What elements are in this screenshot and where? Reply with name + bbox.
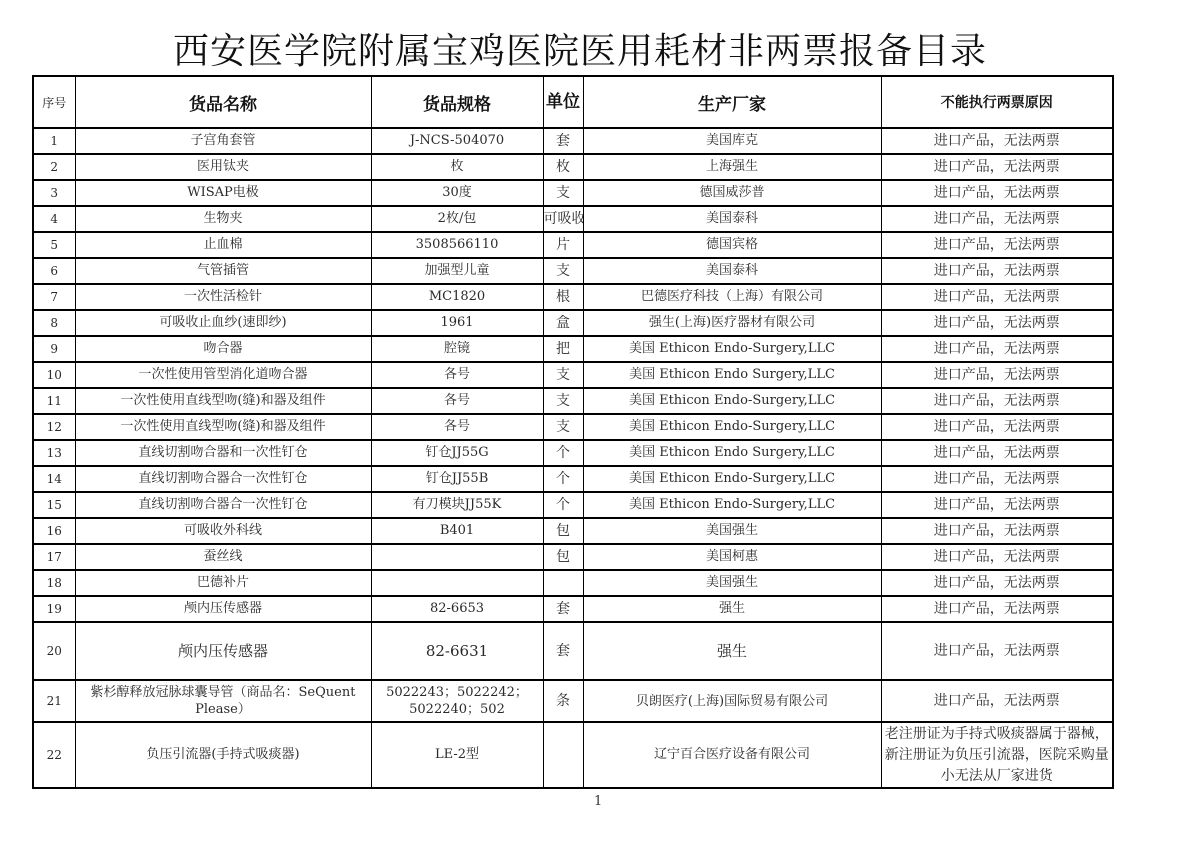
cell-index: 14: [33, 466, 75, 492]
cell-index: 18: [33, 570, 75, 596]
page-number: 1: [594, 794, 602, 809]
cell-index: 6: [33, 258, 75, 284]
table-row: 11一次性使用直线型吻(缝)和器及组件各号支美国 Ethicon Endo-Su…: [33, 388, 1113, 414]
cell-spec: 各号: [371, 388, 543, 414]
cell-index: 19: [33, 596, 75, 622]
cell-reason: 进口产品，无法两票: [881, 388, 1113, 414]
consumables-catalog-table: 序号 货品名称 货品规格 单位 生产厂家 不能执行两票原因 1子宫角套管J-NC…: [32, 75, 1114, 789]
table-row: 14直线切割吻合器合一次性钉仓钉仓JJ55B个美国 Ethicon Endo-S…: [33, 466, 1113, 492]
cell-index: 8: [33, 310, 75, 336]
cell-reason: 进口产品，无法两票: [881, 180, 1113, 206]
cell-spec: 5022243；5022242；5022240；502: [371, 680, 543, 722]
cell-name: WISAP电极: [75, 180, 371, 206]
cell-manufacturer: 美国 Ethicon Endo-Surgery,LLC: [583, 388, 881, 414]
cell-index: 22: [33, 722, 75, 788]
cell-unit: 支: [543, 258, 583, 284]
cell-name: 吻合器: [75, 336, 371, 362]
cell-spec: 钉仓JJ55G: [371, 440, 543, 466]
column-header-index: 序号: [33, 76, 75, 128]
cell-spec: 有刀模块JJ55K: [371, 492, 543, 518]
cell-unit: 枚: [543, 154, 583, 180]
cell-unit: [543, 570, 583, 596]
cell-unit: 个: [543, 492, 583, 518]
cell-index: 15: [33, 492, 75, 518]
cell-manufacturer: 贝朗医疗(上海)国际贸易有限公司: [583, 680, 881, 722]
cell-index: 4: [33, 206, 75, 232]
cell-spec: 各号: [371, 414, 543, 440]
cell-unit: 包: [543, 518, 583, 544]
cell-reason: 进口产品，无法两票: [881, 154, 1113, 180]
column-header-reason: 不能执行两票原因: [881, 76, 1113, 128]
cell-manufacturer: 美国柯惠: [583, 544, 881, 570]
table-row: 8可吸收止血纱(速即纱)1961盒强生(上海)医疗器材有限公司进口产品，无法两票: [33, 310, 1113, 336]
cell-manufacturer: 美国 Ethicon Endo-Surgery,LLC: [583, 466, 881, 492]
cell-spec: LE-2型: [371, 722, 543, 788]
cell-manufacturer: 美国泰科: [583, 258, 881, 284]
cell-reason: 进口产品，无法两票: [881, 570, 1113, 596]
cell-name: 直线切割吻合器合一次性钉仓: [75, 466, 371, 492]
cell-reason: 进口产品，无法两票: [881, 492, 1113, 518]
table-row: 2医用钛夹枚枚上海强生进口产品，无法两票: [33, 154, 1113, 180]
cell-spec: J-NCS-504070: [371, 128, 543, 154]
column-header-name: 货品名称: [75, 76, 371, 128]
cell-unit: 片: [543, 232, 583, 258]
cell-reason: 进口产品，无法两票: [881, 232, 1113, 258]
cell-manufacturer: 强生: [583, 622, 881, 680]
cell-manufacturer: 美国 Ethicon Endo-Surgery,LLC: [583, 336, 881, 362]
cell-unit: 套: [543, 128, 583, 154]
cell-name: 止血棉: [75, 232, 371, 258]
cell-name: 气管插管: [75, 258, 371, 284]
cell-reason: 进口产品，无法两票: [881, 414, 1113, 440]
cell-reason: 进口产品，无法两票: [881, 284, 1113, 310]
cell-unit: 盒: [543, 310, 583, 336]
cell-unit: 个: [543, 440, 583, 466]
cell-name: 负压引流器(手持式吸痰器): [75, 722, 371, 788]
table-body: 1子宫角套管J-NCS-504070套美国库克进口产品，无法两票2医用钛夹枚枚上…: [33, 128, 1113, 788]
table-row: 22负压引流器(手持式吸痰器)LE-2型辽宁百合医疗设备有限公司老注册证为手持式…: [33, 722, 1113, 788]
cell-unit: 套: [543, 596, 583, 622]
cell-reason: 进口产品，无法两票: [881, 440, 1113, 466]
cell-name: 生物夹: [75, 206, 371, 232]
cell-manufacturer: 美国库克: [583, 128, 881, 154]
cell-manufacturer: 上海强生: [583, 154, 881, 180]
table-row: 18巴德补片美国强生进口产品，无法两票: [33, 570, 1113, 596]
cell-index: 5: [33, 232, 75, 258]
table-row: 15直线切割吻合器合一次性钉仓有刀模块JJ55K个美国 Ethicon Endo…: [33, 492, 1113, 518]
cell-spec: B401: [371, 518, 543, 544]
cell-index: 17: [33, 544, 75, 570]
cell-unit: 把: [543, 336, 583, 362]
cell-name: 可吸收外科线: [75, 518, 371, 544]
cell-unit: 可吸收: [543, 206, 583, 232]
column-header-unit: 单位: [543, 76, 583, 128]
table-row: 5止血棉3508566110片德国宾格进口产品，无法两票: [33, 232, 1113, 258]
table-row: 4生物夹2枚/包可吸收美国泰科进口产品，无法两票: [33, 206, 1113, 232]
cell-spec: 3508566110: [371, 232, 543, 258]
table-row: 19颅内压传感器82-6653套强生进口产品，无法两票: [33, 596, 1113, 622]
cell-name: 一次性使用管型消化道吻合器: [75, 362, 371, 388]
cell-spec: MC1820: [371, 284, 543, 310]
cell-name: 巴德补片: [75, 570, 371, 596]
table-row: 9吻合器腔镜把美国 Ethicon Endo-Surgery,LLC进口产品，无…: [33, 336, 1113, 362]
cell-unit: 个: [543, 466, 583, 492]
cell-name: 直线切割吻合器合一次性钉仓: [75, 492, 371, 518]
cell-reason: 进口产品，无法两票: [881, 206, 1113, 232]
cell-manufacturer: 美国强生: [583, 570, 881, 596]
cell-index: 3: [33, 180, 75, 206]
cell-spec: 加强型儿童: [371, 258, 543, 284]
cell-unit: 根: [543, 284, 583, 310]
cell-spec: 30度: [371, 180, 543, 206]
cell-manufacturer: 美国 Ethicon Endo Surgery,LLC: [583, 362, 881, 388]
cell-index: 12: [33, 414, 75, 440]
cell-index: 1: [33, 128, 75, 154]
cell-name: 可吸收止血纱(速即纱): [75, 310, 371, 336]
cell-name: 蚕丝线: [75, 544, 371, 570]
cell-spec: [371, 544, 543, 570]
cell-unit: 支: [543, 180, 583, 206]
cell-manufacturer: 美国 Ethicon Endo-Surgery,LLC: [583, 414, 881, 440]
cell-name: 颅内压传感器: [75, 622, 371, 680]
cell-name: 一次性活检针: [75, 284, 371, 310]
cell-spec: 2枚/包: [371, 206, 543, 232]
cell-unit: 包: [543, 544, 583, 570]
cell-name: 直线切割吻合器和一次性钉仓: [75, 440, 371, 466]
cell-index: 9: [33, 336, 75, 362]
document-title: 西安医学院附属宝鸡医院医用耗材非两票报备目录: [0, 30, 1160, 74]
cell-reason: 进口产品，无法两票: [881, 596, 1113, 622]
cell-name: 子宫角套管: [75, 128, 371, 154]
cell-manufacturer: 美国 Ethicon Endo Surgery,LLC: [583, 440, 881, 466]
cell-reason: 老注册证为手持式吸痰器属于器械，新注册证为负压引流器，医院采购量小无法从厂家进货: [881, 722, 1113, 788]
cell-reason: 进口产品，无法两票: [881, 518, 1113, 544]
table-row: 17蚕丝线包美国柯惠进口产品，无法两票: [33, 544, 1113, 570]
cell-index: 7: [33, 284, 75, 310]
cell-reason: 进口产品，无法两票: [881, 336, 1113, 362]
column-header-spec: 货品规格: [371, 76, 543, 128]
cell-reason: 进口产品，无法两票: [881, 466, 1113, 492]
cell-spec: 82-6631: [371, 622, 543, 680]
cell-unit: 套: [543, 622, 583, 680]
table-row: 6气管插管加强型儿童支美国泰科进口产品，无法两票: [33, 258, 1113, 284]
cell-reason: 进口产品，无法两票: [881, 544, 1113, 570]
cell-spec: 腔镜: [371, 336, 543, 362]
cell-spec: 82-6653: [371, 596, 543, 622]
table-row: 21紫杉醇释放冠脉球囊导管（商品名：SeQuent Please）5022243…: [33, 680, 1113, 722]
table-row: 13直线切割吻合器和一次性钉仓钉仓JJ55G个美国 Ethicon Endo S…: [33, 440, 1113, 466]
cell-spec: 1961: [371, 310, 543, 336]
cell-index: 21: [33, 680, 75, 722]
cell-index: 10: [33, 362, 75, 388]
cell-manufacturer: 美国强生: [583, 518, 881, 544]
cell-index: 20: [33, 622, 75, 680]
column-header-manufacturer: 生产厂家: [583, 76, 881, 128]
cell-spec: 各号: [371, 362, 543, 388]
cell-reason: 进口产品，无法两票: [881, 128, 1113, 154]
cell-name: 颅内压传感器: [75, 596, 371, 622]
cell-reason: 进口产品，无法两票: [881, 362, 1113, 388]
cell-spec: 钉仓JJ55B: [371, 466, 543, 492]
cell-reason: 进口产品，无法两票: [881, 310, 1113, 336]
cell-manufacturer: 美国 Ethicon Endo-Surgery,LLC: [583, 492, 881, 518]
cell-index: 2: [33, 154, 75, 180]
table-row: 1子宫角套管J-NCS-504070套美国库克进口产品，无法两票: [33, 128, 1113, 154]
cell-index: 16: [33, 518, 75, 544]
cell-index: 11: [33, 388, 75, 414]
table-row: 20颅内压传感器82-6631套强生进口产品，无法两票: [33, 622, 1113, 680]
cell-name: 紫杉醇释放冠脉球囊导管（商品名：SeQuent Please）: [75, 680, 371, 722]
cell-manufacturer: 强生: [583, 596, 881, 622]
cell-name: 医用钛夹: [75, 154, 371, 180]
table-row: 10一次性使用管型消化道吻合器各号支美国 Ethicon Endo Surger…: [33, 362, 1113, 388]
cell-unit: [543, 722, 583, 788]
table-row: 3WISAP电极30度支德国威莎普进口产品，无法两票: [33, 180, 1113, 206]
cell-manufacturer: 强生(上海)医疗器材有限公司: [583, 310, 881, 336]
table-row: 16可吸收外科线B401包美国强生进口产品，无法两票: [33, 518, 1113, 544]
cell-spec: 枚: [371, 154, 543, 180]
cell-manufacturer: 德国威莎普: [583, 180, 881, 206]
cell-unit: 支: [543, 388, 583, 414]
cell-manufacturer: 辽宁百合医疗设备有限公司: [583, 722, 881, 788]
cell-unit: 支: [543, 414, 583, 440]
cell-reason: 进口产品，无法两票: [881, 258, 1113, 284]
cell-reason: 进口产品，无法两票: [881, 622, 1113, 680]
table-row: 7一次性活检针MC1820根巴德医疗科技（上海）有限公司进口产品，无法两票: [33, 284, 1113, 310]
cell-manufacturer: 德国宾格: [583, 232, 881, 258]
cell-spec: [371, 570, 543, 596]
table-header-row: 序号 货品名称 货品规格 单位 生产厂家 不能执行两票原因: [33, 76, 1113, 128]
cell-unit: 支: [543, 362, 583, 388]
cell-name: 一次性使用直线型吻(缝)和器及组件: [75, 414, 371, 440]
cell-reason: 进口产品，无法两票: [881, 680, 1113, 722]
cell-index: 13: [33, 440, 75, 466]
cell-manufacturer: 美国泰科: [583, 206, 881, 232]
cell-unit: 条: [543, 680, 583, 722]
cell-name: 一次性使用直线型吻(缝)和器及组件: [75, 388, 371, 414]
table-row: 12一次性使用直线型吻(缝)和器及组件各号支美国 Ethicon Endo-Su…: [33, 414, 1113, 440]
cell-manufacturer: 巴德医疗科技（上海）有限公司: [583, 284, 881, 310]
